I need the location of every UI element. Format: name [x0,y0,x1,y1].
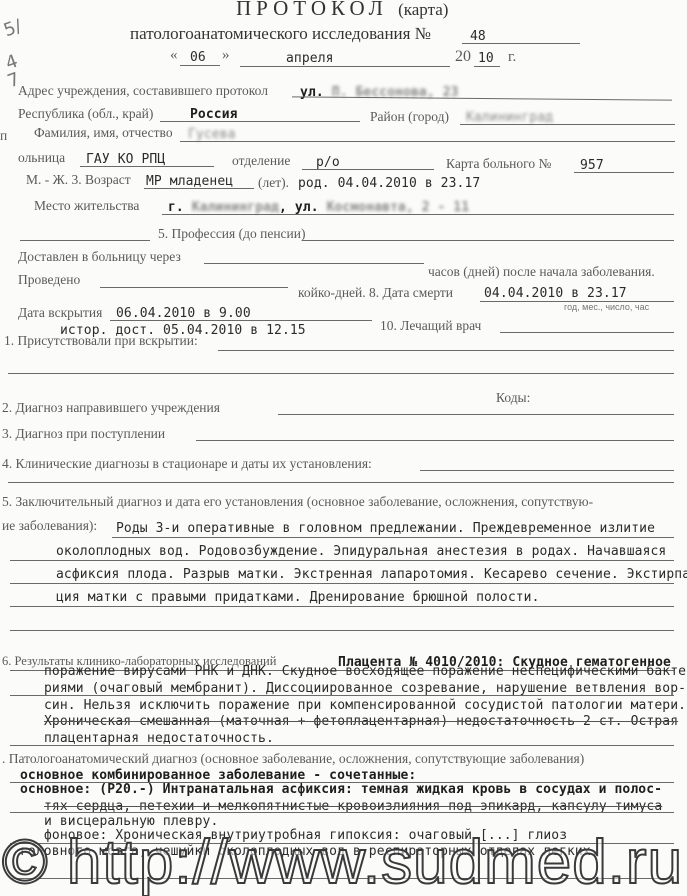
spent-suffix: койко-дней. 8. Дата смерти [298,285,453,301]
lab-results-line: Хроническая смешанная (маточная + фетопл… [44,714,678,729]
department-value: р/о [316,155,340,170]
spent-label: Проведено [18,272,80,288]
residence-value: г. Калининград, ул. Космонавта, 2 - 11 [168,200,469,215]
present-label: 1. Присутствовали при вскрытии: [4,333,198,349]
pathology-line: основное комбинированное заболевание - с… [20,768,416,783]
date-day-open: « [170,47,178,64]
card-label: Карта больного № [446,156,551,172]
final-diagnosis-label-2: ие заболевания): [2,518,97,534]
district-value: Калининград [466,110,553,125]
delivered-label: Доставлен в больницу через [18,249,181,265]
autopsy-label: Дата вскрытия [18,305,102,321]
admission-label: 3. Диагноз при поступлении [2,426,165,442]
date-day-close: » [222,47,230,64]
birth-value: род. 04.04.2010 в 23.17 [298,176,480,191]
referring-label: 2. Диагноз направившего учреждения [2,400,220,416]
final-diagnosis-line: асфиксия плода. Разрыв матки. Экстренная… [56,567,687,582]
department-label: отделение [232,153,290,169]
protocol-number: 48 [470,29,486,44]
republic-label: Республика (обл., край) [18,106,153,122]
document-title: ПРОТОКОЛ (карта) [236,0,448,21]
date-day: 06 [190,50,206,65]
codes-label: Коды: [496,390,530,406]
district-label: Район (город) [370,109,449,125]
final-diagnosis-line: ция матки с правыми придатками. Дрениров… [56,590,540,605]
pathology-line: основное: (Р20.-) Интранатальная асфикси… [20,782,662,797]
clinical-label: 4. Клинические диагнозы в стационаре и д… [2,456,372,472]
lab-results-line: син. Нельзя исключить поражение при комп… [44,698,686,713]
card-value: 957 [580,158,604,173]
pathology-diagnosis-label: . Патологоанатомический диагноз (основно… [2,751,584,767]
hospital-label: ольница [18,150,65,166]
final-diagnosis-line: околоплодных вод. Родовозбуждение. Эпиду… [56,544,666,559]
lab-results-line: плацентарная недостаточность. [44,731,274,746]
name-label: Фамилия, имя, отчество [34,125,173,141]
autopsy-value: 06.04.2010 в 9.00 [116,306,251,321]
death-hint: год, мес., число, час [564,302,649,312]
profession-label: 5. Профессия (до пенсии) [158,226,306,242]
date-month: апреля [286,51,334,66]
final-diagnosis-line: Роды 3-и оперативные в головном предлежа… [116,521,655,536]
doctor-label: 10. Лечащий врач [380,318,481,334]
date-year: 10 [478,51,494,66]
lab-results-line: поражение вирусами РНК и ДНК. Скудное во… [44,664,687,679]
age-value: МР младенец [146,174,233,189]
residence-label: Место жительства [34,198,139,214]
address-label: Адрес учреждения, составившего протокол [18,83,268,99]
final-diagnosis-label: 5. Заключительный диагноз и дата его уст… [2,494,593,510]
date-year-suffix: г. [508,49,516,66]
margin-mark: 5/ [1,16,25,42]
delivered-suffix: часов (дней) после начала заболевания. [428,264,655,280]
document-subtitle: патологоанатомического исследования № [130,24,431,44]
date-year-prefix: 20 [455,48,471,66]
hospital-value: ГАУ КО РПЦ [86,152,165,167]
name-section-mark: п [0,128,7,144]
watermark: © http://www.sudmed.ru [2,832,687,894]
death-value: 04.04.2010 в 23.17 [484,286,627,301]
sex-age-label: М. - Ж. 3. Возраст [26,172,131,188]
pathology-line: и висцеральную плевру. [44,814,218,829]
age-unit: (лет). [258,175,289,191]
name-value: Гусева [188,127,236,142]
republic-value: Россия [190,107,238,122]
lab-results-line: риями (очаговый мембранит). Диссоциирова… [44,681,686,696]
